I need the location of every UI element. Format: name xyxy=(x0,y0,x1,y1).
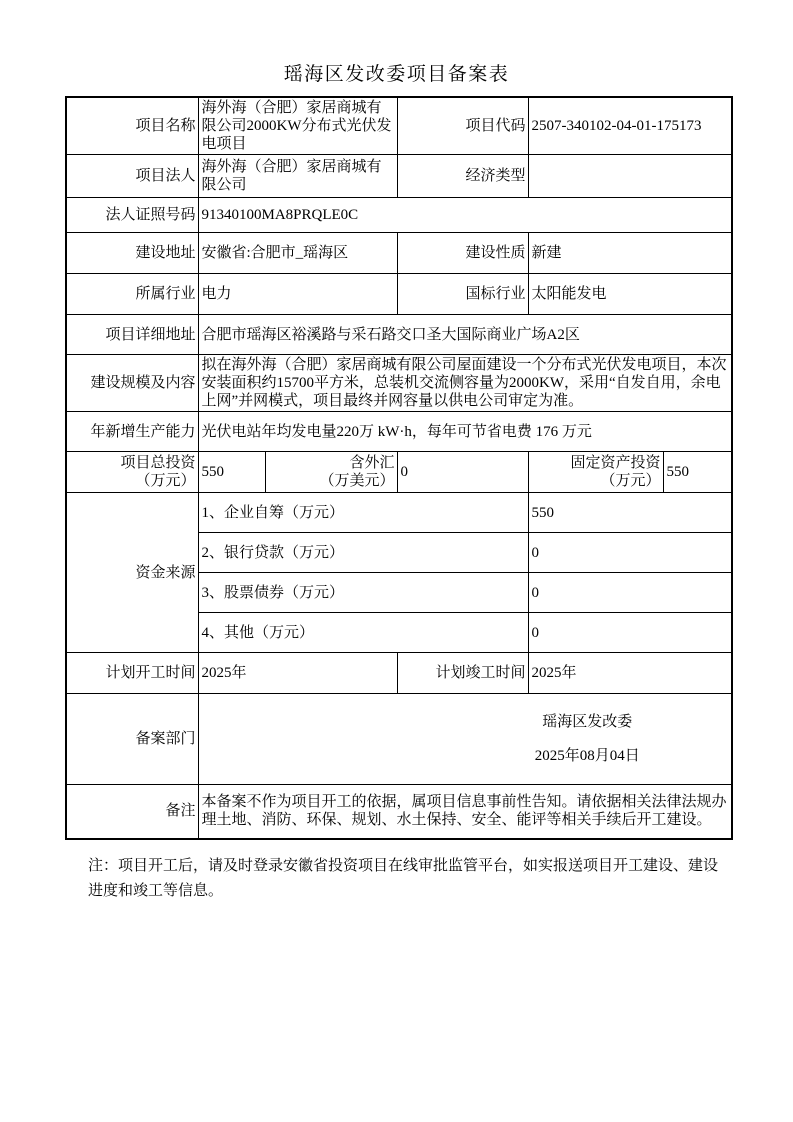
economic-type-value xyxy=(528,155,732,198)
build-address-label: 建设地址 xyxy=(66,233,198,274)
funding-item-1-value: 550 xyxy=(528,493,732,533)
row-new-capacity: 年新增生产能力 光伏电站年均发电量220万 kW·h，每年可节省电费 176 万… xyxy=(66,412,732,452)
filing-department-label: 备案部门 xyxy=(66,694,198,785)
legal-person-value: 海外海（合肥）家居商城有限公司 xyxy=(198,155,397,198)
row-funding-1: 资金来源 1、企业自筹（万元） 550 xyxy=(66,493,732,533)
foreign-exchange-label-line2: （万美元） xyxy=(268,472,395,490)
filing-stamp: 瑶海区发改委 2025年08月04日 xyxy=(443,713,731,765)
build-nature-value: 新建 xyxy=(528,233,732,274)
new-capacity-label: 年新增生产能力 xyxy=(66,412,198,452)
scale-content-label: 建设规模及内容 xyxy=(66,355,198,412)
funding-item-3-value: 0 xyxy=(528,573,732,613)
fixed-assets-value: 550 xyxy=(663,452,732,493)
footer-note: 注：项目开工后，请及时登录安徽省投资项目在线审批监管平台，如实报送项目开工建设、… xyxy=(88,854,723,904)
scale-content-value: 拟在海外海（合肥）家居商城有限公司屋面建设一个分布式光伏发电项目，本次安装面积约… xyxy=(198,355,732,412)
funding-item-3-name: 3、股票债券（万元） xyxy=(198,573,528,613)
funding-item-4-name: 4、其他（万元） xyxy=(198,613,528,653)
economic-type-label: 经济类型 xyxy=(397,155,528,198)
row-industry: 所属行业 电力 国标行业 太阳能发电 xyxy=(66,274,732,315)
funding-item-1-name: 1、企业自筹（万元） xyxy=(198,493,528,533)
row-remark: 备注 本备案不作为项目开工的依据，属项目信息事前性告知。请依据相关法律法规办理土… xyxy=(66,785,732,839)
row-investment: 项目总投资 （万元） 550 含外汇 （万美元） 0 固定资产投资 （万元） 5… xyxy=(66,452,732,493)
project-code-value: 2507-340102-04-01-175173 xyxy=(528,97,732,155)
legal-person-label: 项目法人 xyxy=(66,155,198,198)
funding-item-2-name: 2、银行贷款（万元） xyxy=(198,533,528,573)
project-code-label: 项目代码 xyxy=(397,97,528,155)
funding-source-label: 资金来源 xyxy=(66,493,198,653)
row-detail-address: 项目详细地址 合肥市瑶海区裕溪路与采石路交口圣大国际商业广场A2区 xyxy=(66,315,732,355)
build-nature-label: 建设性质 xyxy=(397,233,528,274)
fixed-assets-label: 固定资产投资 （万元） xyxy=(528,452,663,493)
national-industry-value: 太阳能发电 xyxy=(528,274,732,315)
filing-department-name: 瑶海区发改委 xyxy=(542,713,632,731)
filing-table: 项目名称 海外海（合肥）家居商城有限公司2000KW分布式光伏发电项目 项目代码… xyxy=(65,96,733,840)
fixed-assets-label-line2: （万元） xyxy=(531,472,661,490)
industry-value: 电力 xyxy=(198,274,397,315)
total-investment-label-line1: 项目总投资 xyxy=(69,454,196,472)
row-project-name: 项目名称 海外海（合肥）家居商城有限公司2000KW分布式光伏发电项目 项目代码… xyxy=(66,97,732,155)
remark-label: 备注 xyxy=(66,785,198,839)
project-name-label: 项目名称 xyxy=(66,97,198,155)
planned-finish-label: 计划竣工时间 xyxy=(397,653,528,694)
planned-start-label: 计划开工时间 xyxy=(66,653,198,694)
page-title: 瑶海区发改委项目备案表 xyxy=(0,0,793,86)
new-capacity-value: 光伏电站年均发电量220万 kW·h，每年可节省电费 176 万元 xyxy=(198,412,732,452)
row-license-no: 法人证照号码 91340100MA8PRQLE0C xyxy=(66,198,732,233)
foreign-exchange-label: 含外汇 （万美元） xyxy=(265,452,397,493)
row-filing-department: 备案部门 瑶海区发改委 2025年08月04日 xyxy=(66,694,732,785)
license-no-label: 法人证照号码 xyxy=(66,198,198,233)
funding-item-2-value: 0 xyxy=(528,533,732,573)
planned-finish-value: 2025年 xyxy=(528,653,732,694)
document-page: 瑶海区发改委项目备案表 项目名称 海外海（合肥）家居商城有限公司2000KW分布… xyxy=(0,0,793,1122)
row-schedule: 计划开工时间 2025年 计划竣工时间 2025年 xyxy=(66,653,732,694)
total-investment-value: 550 xyxy=(198,452,265,493)
total-investment-label: 项目总投资 （万元） xyxy=(66,452,198,493)
funding-item-4-value: 0 xyxy=(528,613,732,653)
project-name-value: 海外海（合肥）家居商城有限公司2000KW分布式光伏发电项目 xyxy=(198,97,397,155)
license-no-value: 91340100MA8PRQLE0C xyxy=(198,198,732,233)
industry-label: 所属行业 xyxy=(66,274,198,315)
row-scale-content: 建设规模及内容 拟在海外海（合肥）家居商城有限公司屋面建设一个分布式光伏发电项目… xyxy=(66,355,732,412)
foreign-exchange-label-line1: 含外汇 xyxy=(268,454,395,472)
row-build-address: 建设地址 安徽省:合肥市_瑶海区 建设性质 新建 xyxy=(66,233,732,274)
filing-date: 2025年08月04日 xyxy=(535,747,640,765)
foreign-exchange-value: 0 xyxy=(397,452,528,493)
national-industry-label: 国标行业 xyxy=(397,274,528,315)
fixed-assets-label-line1: 固定资产投资 xyxy=(531,454,661,472)
total-investment-label-line2: （万元） xyxy=(69,472,196,490)
remark-value: 本备案不作为项目开工的依据，属项目信息事前性告知。请依据相关法律法规办理土地、消… xyxy=(198,785,732,839)
detail-address-label: 项目详细地址 xyxy=(66,315,198,355)
build-address-value: 安徽省:合肥市_瑶海区 xyxy=(198,233,397,274)
detail-address-value: 合肥市瑶海区裕溪路与采石路交口圣大国际商业广场A2区 xyxy=(198,315,732,355)
planned-start-value: 2025年 xyxy=(198,653,397,694)
row-legal-person: 项目法人 海外海（合肥）家居商城有限公司 经济类型 xyxy=(66,155,732,198)
filing-department-cell: 瑶海区发改委 2025年08月04日 xyxy=(198,694,732,785)
